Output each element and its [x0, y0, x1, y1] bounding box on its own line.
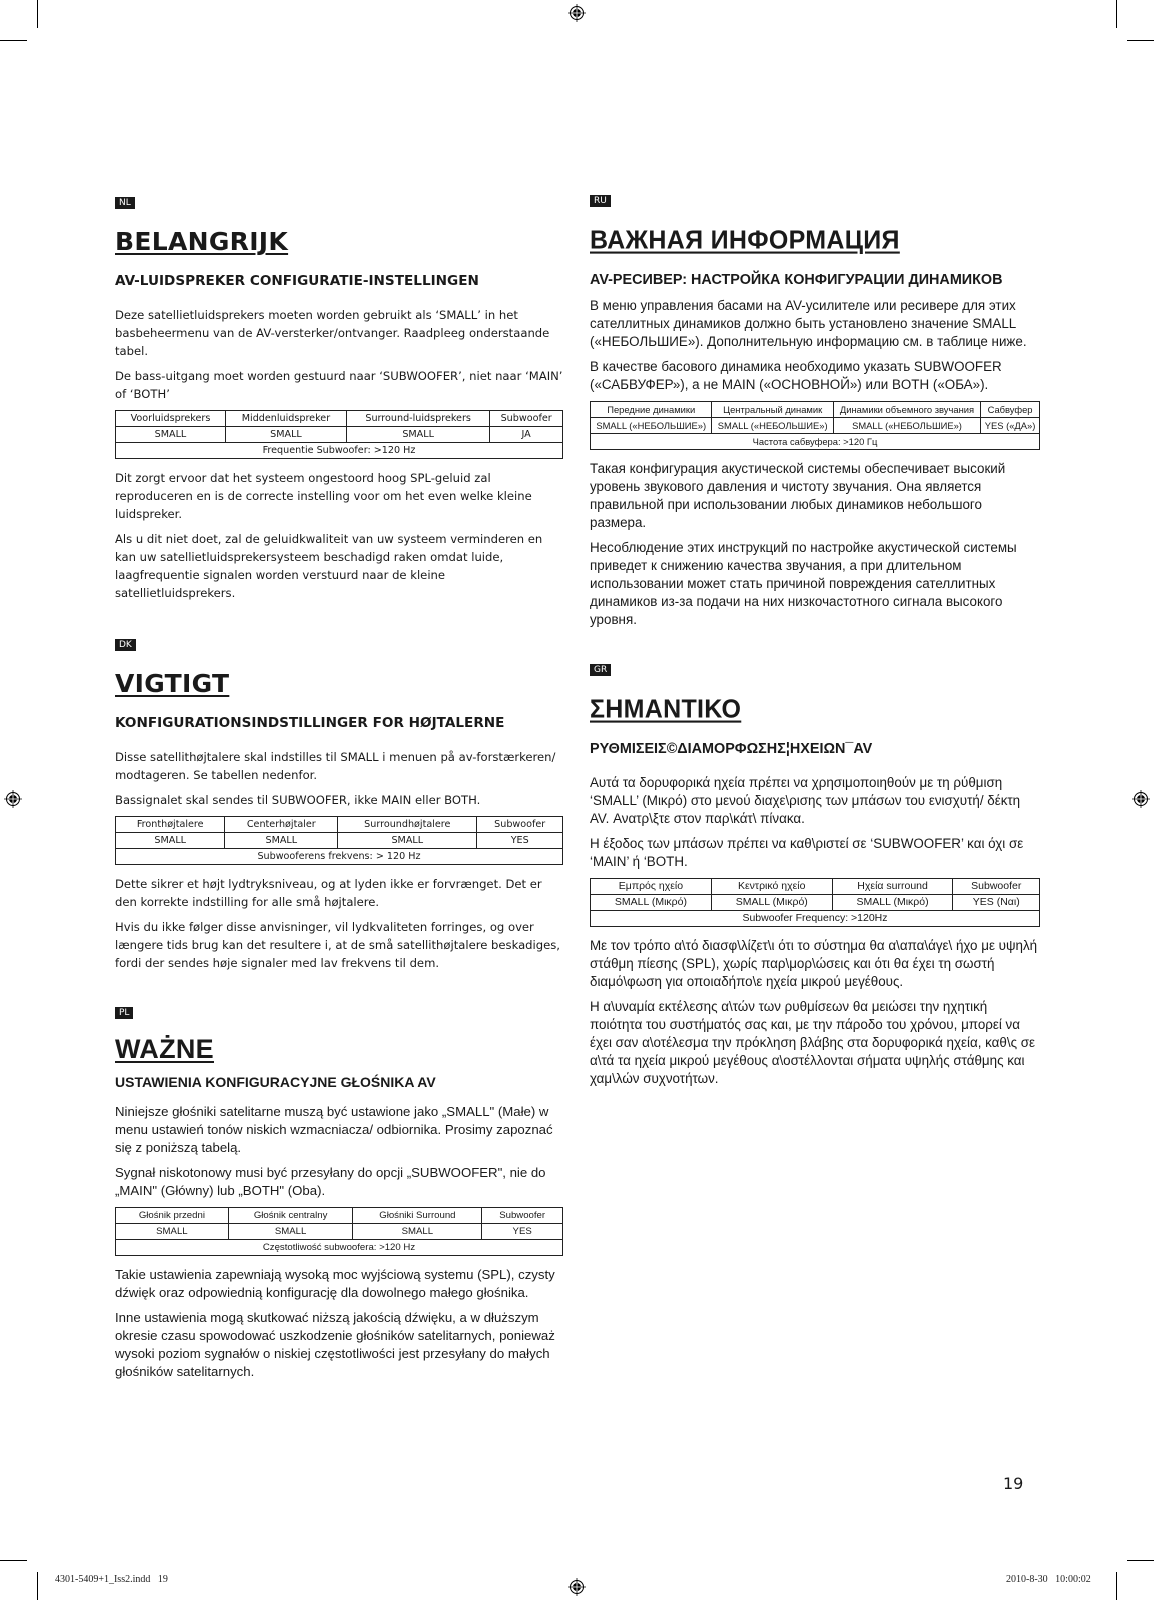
table-header-cell: Передние динамики	[591, 402, 712, 418]
paragraph: Deze satellietluidsprekers moeten worden…	[115, 306, 563, 360]
section-subtitle: USTAWIENIA KONFIGURACYJNE GŁOŚNIKA AV	[115, 1071, 563, 1093]
table-footer-row: Częstotliwość subwoofera: >120 Hz	[116, 1240, 563, 1256]
table-cell: SMALL («НЕБОЛЬШИЕ»)	[591, 418, 712, 434]
registration-mark-icon	[568, 1578, 586, 1596]
table-header-cell: Surroundhøjtalere	[338, 817, 477, 833]
paragraph: Η έξοδος των μπάσων πρέπει να καθ\ριστεί…	[590, 835, 1040, 871]
table-header-cell: Głośniki Surround	[353, 1208, 482, 1224]
paragraph: Η α\υναμία εκτέλεσης α\τών των ρυθμίσεων…	[590, 998, 1040, 1088]
speaker-config-table: Εμπρός ηχείο Κεντρικό ηχείο Ηχεία surrou…	[590, 878, 1040, 927]
table-row: SMALL SMALL SMALL YES	[116, 833, 563, 849]
table-footer-cell: Частота сабвуфера: >120 Гц	[591, 434, 1040, 450]
table-header-row: Głośnik przedni Głośnik centralny Głośni…	[116, 1208, 563, 1224]
table-footer-cell: Frequentie Subwoofer: >120 Hz	[116, 443, 563, 459]
table-cell: SMALL («НЕБОЛЬШИЕ»)	[712, 418, 833, 434]
language-badge: NL	[115, 197, 135, 209]
paragraph: Als u dit niet doet, zal de geluidkwalit…	[115, 530, 563, 602]
table-header-cell: Surround-luidsprekers	[346, 411, 489, 427]
paragraph: Με τον τρόπο α\τό διασφ\λίζετ\ι ότι το σ…	[590, 937, 1040, 991]
paragraph: В качестве басового динамика необходимо …	[590, 358, 1040, 394]
crop-mark	[0, 1560, 27, 1561]
table-header-row: Передние динамики Центральный динамик Ди…	[591, 402, 1040, 418]
table-cell: SMALL	[225, 833, 338, 849]
table-footer-cell: Częstotliwość subwoofera: >120 Hz	[116, 1240, 563, 1256]
table-header-cell: Динамики объемного звучания	[833, 402, 980, 418]
table-cell: SMALL	[346, 427, 489, 443]
paragraph: Несоблюдение этих инструкций по настройк…	[590, 539, 1040, 629]
registration-mark-icon	[568, 4, 586, 22]
table-header-cell: Subwoofer	[477, 817, 563, 833]
table-cell: YES («ДА»)	[981, 418, 1040, 434]
table-cell: YES	[482, 1224, 563, 1240]
table-cell: SMALL	[228, 1224, 353, 1240]
paragraph: Disse satellithøjtalere skal indstilles …	[115, 748, 563, 784]
paragraph: De bass-uitgang moet worden gestuurd naa…	[115, 367, 563, 403]
paragraph: В меню управления басами на AV-усилителе…	[590, 297, 1040, 351]
crop-mark	[0, 40, 27, 41]
table-header-cell: Εμπρός ηχείο	[591, 879, 712, 895]
slug-timestamp: 2010-8-30 10:00:02	[1006, 1574, 1091, 1585]
section-gr: GR ΣΗΜΑΝΤΙΚΟ ΡΥΘΜΙΣΕΙΣ©ΔΙΑΜΟΡΦΩΣΗΣ¦ΗΧΕΙΩ…	[590, 659, 1040, 1088]
table-cell: SMALL	[116, 1224, 229, 1240]
table-header-cell: Voorluidsprekers	[116, 411, 226, 427]
registration-mark-icon	[1132, 790, 1150, 808]
page-number: 19	[1003, 1474, 1023, 1493]
table-cell: SMALL	[116, 427, 226, 443]
section-title: WAŻNE	[115, 1034, 563, 1065]
table-row: SMALL SMALL SMALL YES	[116, 1224, 563, 1240]
table-header-cell: Subwoofer	[482, 1208, 563, 1224]
crop-mark	[1116, 0, 1117, 28]
table-cell: SMALL («НЕБОЛЬШИЕ»)	[833, 418, 980, 434]
table-footer-cell: Subwooferens frekvens: > 120 Hz	[116, 849, 563, 865]
section-title: ВАЖНАЯ ИНФОРМАЦИЯ	[590, 225, 1040, 255]
crop-mark	[37, 1572, 38, 1600]
paragraph: Αυτά τα δορυφορικά ηχεία πρέπει να χρησι…	[590, 774, 1040, 828]
section-pl: PL WAŻNE USTAWIENIA KONFIGURACYJNE GŁOŚN…	[115, 1002, 563, 1381]
table-header-cell: Subwoofer	[953, 879, 1040, 895]
language-badge: DK	[115, 639, 136, 651]
table-footer-row: Frequentie Subwoofer: >120 Hz	[116, 443, 563, 459]
section-ru: RU ВАЖНАЯ ИНФОРМАЦИЯ AV-РЕСИВЕР: НАСТРОЙ…	[590, 190, 1040, 629]
table-header-cell: Subwoofer	[490, 411, 563, 427]
slug-filename: 4301-5409+1_Iss2.indd 19	[55, 1574, 168, 1585]
speaker-config-table: Передние динамики Центральный динамик Ди…	[590, 401, 1040, 450]
section-dk: DK VIGTIGT KONFIGURATIONSINDSTILLINGER F…	[115, 632, 563, 972]
crop-mark	[37, 0, 38, 28]
table-footer-cell: Subwoofer Frequency: >120Hz	[591, 911, 1040, 927]
table-footer-row: Subwoofer Frequency: >120Hz	[591, 911, 1040, 927]
paragraph: Dit zorgt ervoor dat het systeem ongesto…	[115, 469, 563, 523]
table-header-cell: Głośnik centralny	[228, 1208, 353, 1224]
table-cell: SMALL	[116, 833, 225, 849]
table-footer-row: Subwooferens frekvens: > 120 Hz	[116, 849, 563, 865]
crop-mark	[1116, 1572, 1117, 1600]
table-header-row: Voorluidsprekers Middenluidspreker Surro…	[116, 411, 563, 427]
section-title: VIGTIGT	[115, 669, 563, 698]
table-cell: SMALL	[353, 1224, 482, 1240]
crop-mark	[1127, 40, 1154, 41]
registration-mark-icon	[4, 790, 22, 808]
table-header-row: Fronthøjtalere Centerhøjtaler Surroundhø…	[116, 817, 563, 833]
language-badge: PL	[115, 1007, 133, 1019]
table-cell: SMALL (Μικρό)	[711, 895, 832, 911]
section-subtitle: AV-РЕСИВЕР: НАСТРОЙКА КОНФИГУРАЦИИ ДИНАМ…	[590, 269, 1040, 291]
table-row: SMALL (Μικρό) SMALL (Μικρό) SMALL (Μικρό…	[591, 895, 1040, 911]
table-cell: SMALL	[338, 833, 477, 849]
section-title: ΣΗΜΑΝΤΙΚΟ	[590, 694, 1040, 724]
table-header-cell: Ηχεία surround	[832, 879, 953, 895]
paragraph: Sygnał niskotonowy musi być przesyłany d…	[115, 1164, 563, 1200]
table-header-cell: Centerhøjtaler	[225, 817, 338, 833]
table-footer-row: Частота сабвуфера: >120 Гц	[591, 434, 1040, 450]
section-title: BELANGRIJK	[115, 227, 563, 256]
section-subtitle: KONFIGURATIONSINDSTILLINGER FOR HØJTALER…	[115, 712, 563, 734]
paragraph: Hvis du ikke følger disse anvisninger, v…	[115, 918, 563, 972]
table-cell: SMALL	[225, 427, 346, 443]
table-row: SMALL SMALL SMALL JA	[116, 427, 563, 443]
section-subtitle: AV-LUIDSPREKER CONFIGURATIE-INSTELLINGEN	[115, 270, 563, 292]
table-header-cell: Центральный динамик	[712, 402, 833, 418]
paragraph: Inne ustawienia mogą skutkować niższą ja…	[115, 1309, 563, 1381]
section-subtitle: ΡΥΘΜΙΣΕΙΣ©ΔΙΑΜΟΡΦΩΣΗΣ¦ΗΧΕΙΩΝ¯AV	[590, 738, 1040, 760]
table-header-cell: Middenluidspreker	[225, 411, 346, 427]
table-cell: YES (Ναι)	[953, 895, 1040, 911]
table-header-cell: Głośnik przedni	[116, 1208, 229, 1224]
left-column: NL BELANGRIJK AV-LUIDSPREKER CONFIGURATI…	[115, 190, 563, 1411]
paragraph: Dette sikrer et højt lydtryksniveau, og …	[115, 875, 563, 911]
table-cell: SMALL (Μικρό)	[591, 895, 712, 911]
table-header-cell: Κεντρικό ηχείο	[711, 879, 832, 895]
crop-mark	[1127, 1560, 1154, 1561]
speaker-config-table: Voorluidsprekers Middenluidspreker Surro…	[115, 410, 563, 459]
table-cell: SMALL (Μικρό)	[832, 895, 953, 911]
right-column: RU ВАЖНАЯ ИНФОРМАЦИЯ AV-РЕСИВЕР: НАСТРОЙ…	[590, 190, 1040, 1118]
paragraph: Niniejsze głośniki satelitarne muszą być…	[115, 1103, 563, 1157]
paragraph: Takie ustawienia zapewniają wysoką moc w…	[115, 1266, 563, 1302]
speaker-config-table: Głośnik przedni Głośnik centralny Głośni…	[115, 1207, 563, 1256]
section-nl: NL BELANGRIJK AV-LUIDSPREKER CONFIGURATI…	[115, 190, 563, 602]
table-header-cell: Fronthøjtalere	[116, 817, 225, 833]
table-cell: YES	[477, 833, 563, 849]
table-row: SMALL («НЕБОЛЬШИЕ») SMALL («НЕБОЛЬШИЕ») …	[591, 418, 1040, 434]
paragraph: Такая конфигурация акустической системы …	[590, 460, 1040, 532]
language-badge: GR	[590, 664, 611, 676]
table-header-row: Εμπρός ηχείο Κεντρικό ηχείο Ηχεία surrou…	[591, 879, 1040, 895]
table-header-cell: Сабвуфер	[981, 402, 1040, 418]
speaker-config-table: Fronthøjtalere Centerhøjtaler Surroundhø…	[115, 816, 563, 865]
language-badge: RU	[590, 195, 611, 207]
paragraph: Bassignalet skal sendes til SUBWOOFER, i…	[115, 791, 563, 809]
table-cell: JA	[490, 427, 563, 443]
